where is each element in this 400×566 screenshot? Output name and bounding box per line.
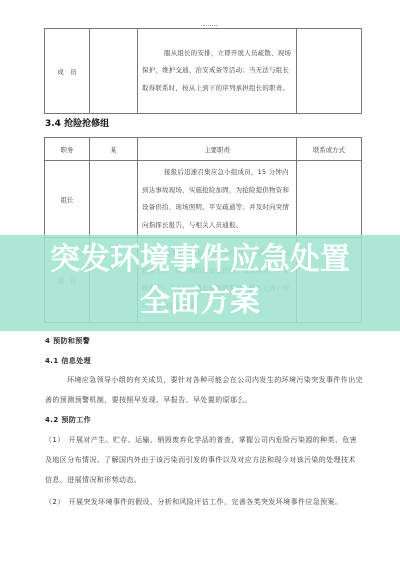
role-cell: 成 员 — [45, 29, 90, 114]
header-name: 某 — [90, 138, 138, 161]
duty-text: 服从组长的安排，立即开展人员疏散、现场保护、维护交通、治安戒备等活动；当无法与组… — [142, 49, 291, 92]
section-title-4-2: 4.2 预防工作 — [45, 415, 363, 425]
overlay-title-line-2: 全面方案 — [0, 281, 400, 323]
overlay-title-line-1: 突发环境事件应急处置 — [0, 239, 400, 281]
section-title-4: 4 预防和预警 — [45, 336, 363, 346]
contact-cell — [297, 29, 362, 114]
paragraph-4-1: 环境应急领导小组的有关成员，要针对各种可能会在公司内发生的环境污染突发事件作出完… — [45, 370, 363, 410]
table-header-row: 职务 某 主要职责 联系或方式 — [45, 138, 362, 161]
members-table-continued: 成 员 服从组长的安排，立即开展人员疏散、现场保护、维护交通、治安戒备等活动；当… — [44, 28, 362, 114]
name-cell — [90, 29, 138, 114]
paragraph-4-2-item-2: （2） 开展突发环境事件的假设、分析和风险评估工作，完善各类突发环境事件应急预案… — [45, 492, 363, 512]
role-cell: 组长 — [45, 161, 90, 238]
duty-cell: 服从组长的安排，立即开展人员疏散、现场保护、维护交通、治安戒备等活动；当无法与组… — [138, 29, 297, 114]
name-cell — [90, 161, 138, 238]
contact-cell — [297, 161, 362, 238]
page-marker — [203, 25, 217, 27]
table-row: 组长 接报后迅速召集应急小组成员，15 分钟内到达事故现场，实施抢险加固，为抢险… — [45, 161, 362, 238]
paragraph-text: 环境应急领导小组的有关成员，要针对各种可能会在公司内发生的环境污染突发事件作出完… — [45, 376, 363, 404]
header-contact: 联系或方式 — [297, 138, 362, 161]
section-title-4-1: 4.1 信息处理 — [45, 356, 363, 366]
header-role: 职务 — [45, 138, 90, 161]
paragraph-4-2-item-1: （1） 开展对产生、贮存、运输、销毁废弃化学品的普查，掌握公司内危险污染源的种类… — [45, 430, 363, 490]
overlay-title: 突发环境事件应急处置 全面方案 — [0, 235, 400, 323]
duty-cell: 接报后迅速召集应急小组成员，15 分钟内到达事故现场，实施抢险加固，为抢险提供物… — [138, 161, 297, 238]
section-title-3-4: 3.4 抢险抢修组 — [45, 116, 109, 129]
duty-text: 接报后迅速召集应急小组成员，15 分钟内到达事故现场，实施抢险加固，为抢险提供物… — [142, 168, 289, 229]
table-row: 成 员 服从组长的安排，立即开展人员疏散、现场保护、维护交通、治安戒备等活动；当… — [45, 29, 362, 114]
header-duty: 主要职责 — [138, 138, 297, 161]
